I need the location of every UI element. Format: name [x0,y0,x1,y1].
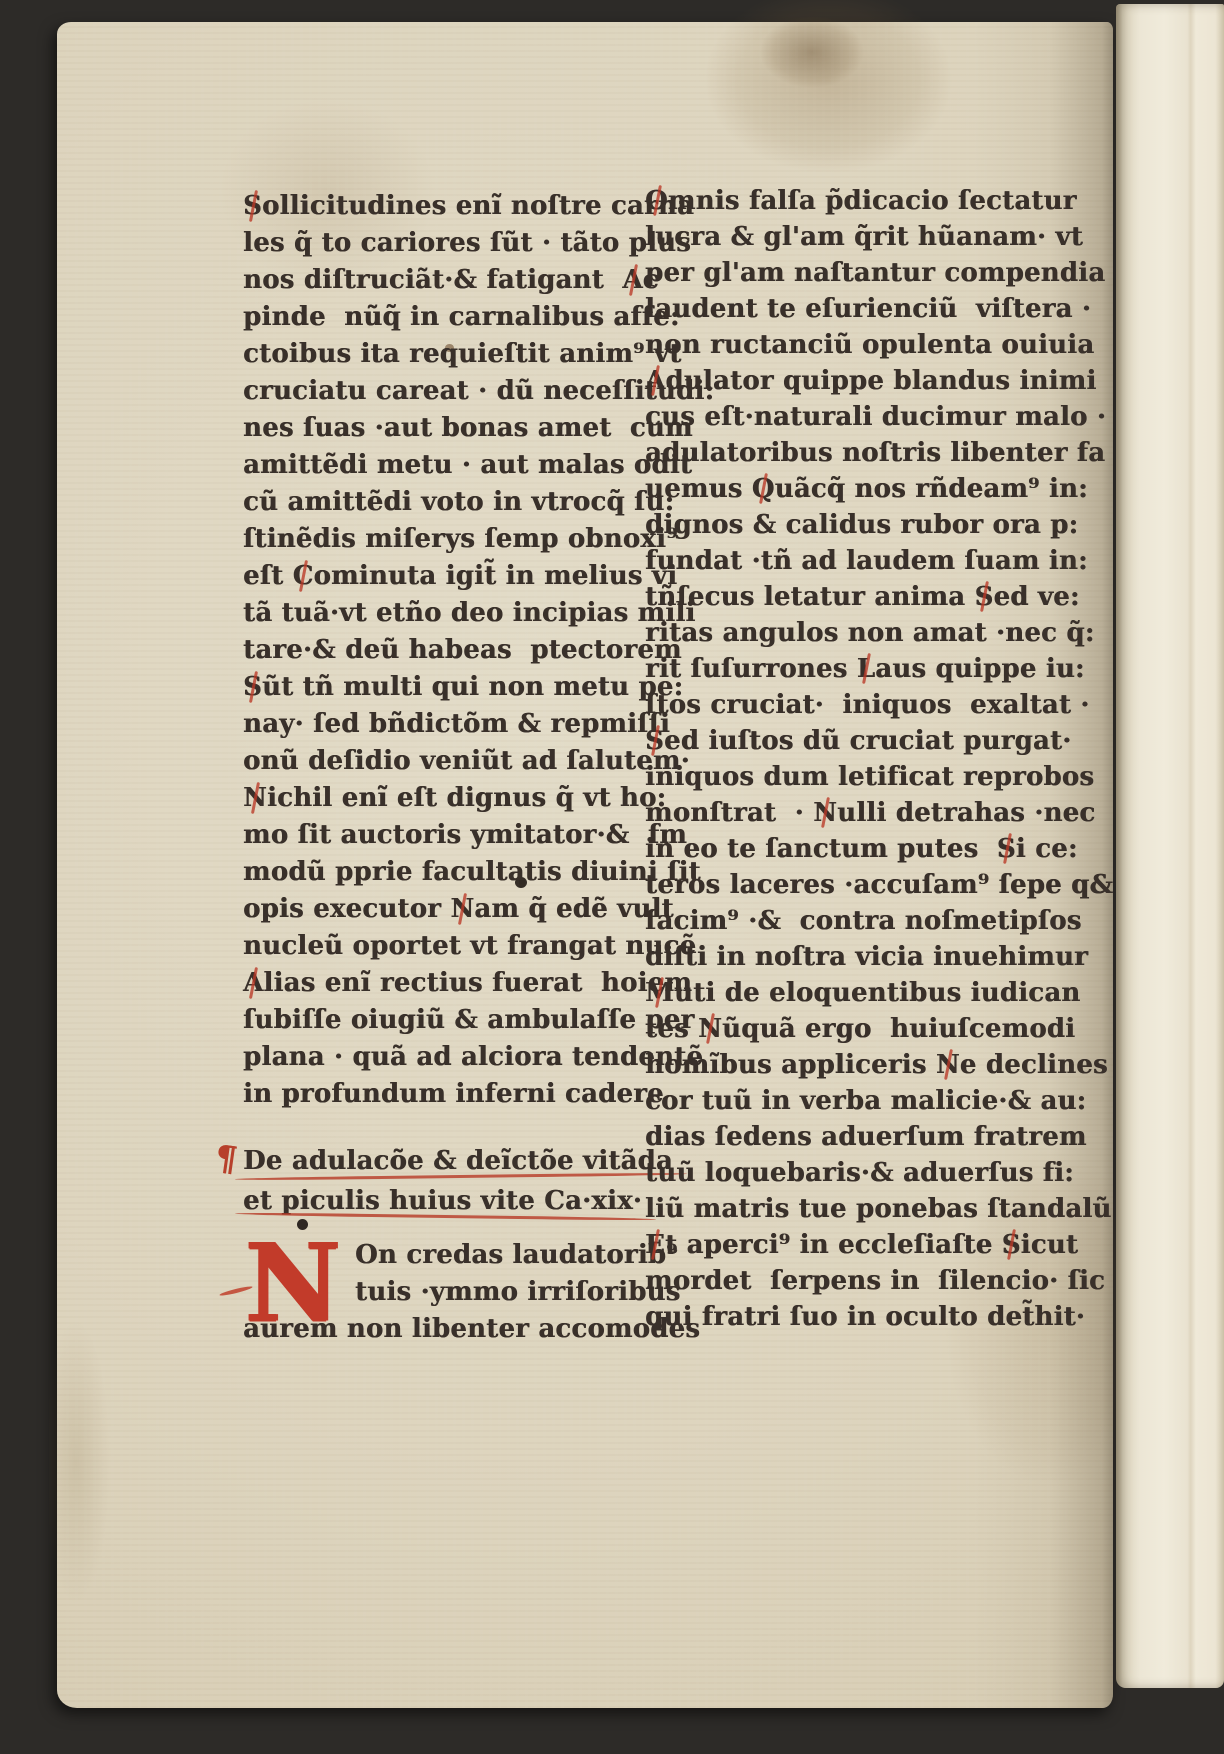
text-line: per gl'am naſtantur compendia [645,255,1015,291]
text-line: fundat ·tñ ad laudem ſuam in: [645,543,1015,579]
chapter-heading: ¶ De adulacõe & deĩctõe vitãdaet piculis… [243,1141,603,1221]
text-line: opis executor Nam q̃ edẽ vult [243,891,603,928]
text-line: cruciatu careat · dũ neceſſitudi: [243,373,603,410]
text-line: eſt Cominuta igit̃ in melius vi [243,558,603,595]
text-line: non ructanciũ opulenta ouiuia [645,327,1015,363]
text-line: Sollicitudines enĩ noſtre carna [243,188,603,225]
text-line: tare·& deũ habeas ptectorem [243,632,603,669]
text-line: ritas angulos non amat ·nec q̃: [645,615,1015,651]
text-line: Sũt tñ multi qui non metu pe: [243,669,603,706]
text-line: tñſecus letatur anima Sed ve: [645,579,1015,615]
text-line: dignos & calidus rubor ora p: [645,507,1015,543]
right-text-column: Omnis falſa p̃dicacio ſectaturlucra & gl… [645,183,1015,1335]
text-line: uemus Quãcq̃ nos rñdeam⁹ in: [645,471,1015,507]
text-line: ſtinẽdis miſerys ſemp obnoxi⁹ [243,521,603,558]
pilcrow-mark: ¶ [213,1140,240,1180]
text-line: tã tuã·vt etño deo incipias mili [243,595,603,632]
text-line: dias ſedens aduerſum fratrem [645,1119,1015,1155]
text-line: iniquos dum letificat reprobos [645,759,1015,795]
text-line: teros laceres ·accuſam⁹ ſepe q& [645,867,1015,903]
right-column-lines: Omnis falſa p̃dicacio ſectaturlucra & gl… [645,183,1015,1335]
text-line: cus eſt·naturali ducimur malo · [645,399,1015,435]
text-line: ſubiſſe oiugiũ & ambulaſſe per [243,1002,603,1039]
chapter-heading-lines: De adulacõe & deĩctõe vitãdaet piculis h… [243,1141,603,1221]
text-line: in eo te ſanctum putes Si ce: [645,831,1015,867]
text-line: adulatoribus noſtris libenter fa [645,435,1015,471]
manuscript-page: Sollicitudines enĩ noſtre carnales q̃ to… [57,22,1113,1708]
text-line: tuũ loquebaris·& aduerſus fi: [645,1155,1015,1191]
text-line: cor tuũ in verba malicie·& au: [645,1083,1015,1119]
chapter-opening: N On credas laudatorib⁹tuis ·ymmo irriſo… [243,1237,603,1348]
text-line: Muti de eloquentibus iudican [645,975,1015,1011]
text-line: tes Nũquã ergo huiuſcemodi [645,1011,1015,1047]
text-line: rit ſuſurrones Laus quippe iu: [645,651,1015,687]
text-line: Alias enĩ rectius fuerat hoiem [243,965,603,1002]
text-line: nos diſtruciãt·& fatigant Ac [243,262,603,299]
text-line: laudent te eſurienciũ viſtera · [645,291,1015,327]
text-line: les q̃ to cariores ſũt · tãto plus [243,225,603,262]
text-line: Sed iuſtos dũ cruciat purgat· [645,723,1015,759]
text-line: diſti in noſtra vicia inuehimur [645,939,1015,975]
chapter-heading-line: De adulacõe & deĩctõe vitãda [243,1141,673,1181]
text-line: mo ſit auctoris ymitator·& fm [243,817,603,854]
lombard-initial: N [245,1231,353,1343]
text-line: plana · quã ad alciora tendentẽ [243,1039,603,1076]
text-line: Et aperci⁹ in eccleſiaſte Sicut [645,1227,1015,1263]
left-column-lines: Sollicitudines enĩ noſtre carnales q̃ to… [243,188,603,1113]
text-line: modũ pprie facultatis diuini ſit [243,854,603,891]
text-line: ſtos cruciat· iniquos exaltat · [645,687,1015,723]
text-line: nes ſuas ·aut bonas amet cum [243,410,603,447]
text-line: monſtrat · Nulli detrahas ·nec [645,795,1015,831]
text-line: facim⁹ ·& contra noſmetipſos [645,903,1015,939]
text-line: Adulator quippe blandus inimi [645,363,1015,399]
text-line: in profundum inferni cadere [243,1076,603,1113]
text-line: liũ matris tue ponebas ſtandalũ [645,1191,1015,1227]
chapter-heading-line: et piculis huius vite Ca·xix· [243,1181,642,1221]
text-line: qui fratri ſuo in oculto det̃hit· [645,1299,1015,1335]
text-line: homĩbus appliceris Ne declines [645,1047,1015,1083]
text-line: amittẽdi metu · aut malas odit [243,447,603,484]
underlying-page-edge [1116,4,1224,1688]
text-line: Omnis falſa p̃dicacio ſectatur [645,183,1015,219]
text-line: mordet ſerpens in ſilencio· ſic [645,1263,1015,1299]
initial-letter: N [245,1229,340,1337]
text-line: lucra & gl'am q̃rit hũanam· vt [645,219,1015,255]
text-line: pinde nũq̃ in carnalibus affe: [243,299,603,336]
text-line: cũ amittẽdi voto in vtrocq̃ ſu: [243,484,603,521]
text-line: onũ deſidio veniũt ad ſalutem· [243,743,603,780]
left-text-column: Sollicitudines enĩ noſtre carnales q̃ to… [243,188,603,1348]
text-line: Nichil enĩ eſt dignus q̃ vt ho: [243,780,603,817]
stain-mark [49,1272,139,1652]
photo-background: Sollicitudines enĩ noſtre carnales q̃ to… [0,0,1224,1754]
text-line: ctoibus ita requieſtit anim⁹ vt [243,336,603,373]
stain-mark [747,16,877,106]
text-line: nay· ſed bñdictõm & repmiſſi [243,706,603,743]
text-line: nucleũ oportet vt frangat nucẽ [243,928,603,965]
